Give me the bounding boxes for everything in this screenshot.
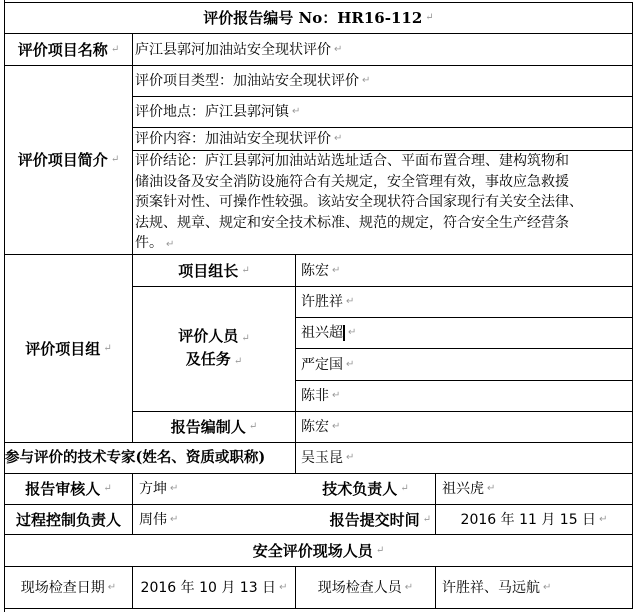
value-text: 陈宏 xyxy=(301,262,329,280)
label-text: 现场检查日期 xyxy=(21,579,105,597)
label-text: 评价项目名称 xyxy=(18,41,108,59)
member-name: 陈非 xyxy=(301,387,329,405)
project-type: 评价项目类型：加油站安全现状评价↵ xyxy=(133,66,632,96)
paragraph-mark-icon: ↵ xyxy=(103,480,111,498)
paragraph-mark-icon: ↵ xyxy=(334,130,342,148)
label-text: 报告提交时间 xyxy=(330,511,420,529)
value-text: 周伟 xyxy=(139,511,167,529)
paragraph-mark-icon: ↵ xyxy=(241,262,249,280)
project-team-label: 评价项目组↵ xyxy=(5,255,132,442)
value-text: 2016 年 11 月 15 日 xyxy=(461,511,597,529)
text-cursor xyxy=(343,325,345,341)
value-text: 评价内容：加油站安全现状评价 xyxy=(135,130,331,148)
conclusion-line: 法规、规章、规定和安全技术标准、规范的规定，符合安全生产经营条 xyxy=(135,213,569,234)
paragraph-mark-icon: ↵ xyxy=(346,449,354,467)
reviewer-label: 报告审核人↵ xyxy=(5,474,132,504)
author-value: 陈宏↵ xyxy=(296,412,632,442)
value-text: 方坤 xyxy=(139,480,167,498)
paragraph-mark-icon: ↵ xyxy=(279,579,287,597)
reviewer-value: 方坤↵ xyxy=(133,474,295,504)
paragraph-mark-icon: ↵ xyxy=(332,387,340,405)
conclusion-line: 预案针对性、可操作性较强。该站安全现状符合国家现行有关安全法律、 xyxy=(135,192,583,213)
tech-lead-label: 技术负责人↵ xyxy=(296,474,435,504)
experts-value: 吴玉昆↵ xyxy=(296,443,632,473)
project-name-value: 庐江县郭河加油站安全现状评价↵ xyxy=(133,34,632,65)
paragraph-mark-icon: ↵ xyxy=(423,511,431,529)
paragraph-mark-icon: ↵ xyxy=(332,418,340,436)
experts-label: 参与评价的技术专家(姓名、资质或职称) xyxy=(5,443,295,473)
label-text: 评价项目简介 xyxy=(18,151,108,169)
label-text: 过程控制负责人 xyxy=(16,511,121,529)
label-text: 评价项目组 xyxy=(25,340,100,358)
site-section-title: 安全评价现场人员↵ xyxy=(5,535,632,566)
paragraph-mark-icon: ↵ xyxy=(405,579,413,597)
project-name-label: 评价项目名称↵ xyxy=(5,34,132,65)
paragraph-mark-icon: ↵ xyxy=(599,511,607,529)
label-text: 报告编制人 xyxy=(171,418,246,436)
paragraph-mark-icon: ↵ xyxy=(103,340,111,358)
conclusion-line: 件。↵ xyxy=(135,233,174,254)
site-staff-label: 现场检查人员↵ xyxy=(296,567,435,608)
member-row: 陈非↵ xyxy=(296,381,632,411)
paragraph-mark-icon: ↵ xyxy=(425,9,433,27)
section-title-text: 安全评价现场人员 xyxy=(253,542,373,560)
paragraph-mark-icon: ↵ xyxy=(111,41,119,59)
project-intro-label: 评价项目简介↵ xyxy=(5,66,132,254)
site-staff-value: 许胜祥、马远航↵ xyxy=(436,567,632,608)
paragraph-mark-icon: ↵ xyxy=(346,293,354,311)
submit-time-value: 2016 年 11 月 15 日↵ xyxy=(436,505,632,534)
project-location: 评价地点：庐江县郭河镇↵ xyxy=(133,97,632,127)
project-content: 评价内容：加油站安全现状评价↵ xyxy=(133,128,632,150)
paragraph-mark-icon: ↵ xyxy=(292,103,300,121)
members-label-line2: 及任务↵ xyxy=(186,349,242,372)
paragraph-mark-icon: ↵ xyxy=(249,418,257,436)
member-row: 祖兴超↵ xyxy=(296,318,632,348)
paragraph-mark-icon: ↵ xyxy=(376,542,384,560)
paragraph-mark-icon: ↵ xyxy=(241,333,249,344)
member-row: 许胜祥↵ xyxy=(296,287,632,317)
label-text: 项目组长 xyxy=(178,262,238,280)
process-lead-label: 过程控制负责人 xyxy=(5,505,132,534)
member-row: 严定国↵ xyxy=(296,349,632,380)
label-text: 及任务 xyxy=(186,350,231,368)
value-text: 评价地点：庐江县郭河镇 xyxy=(135,103,289,121)
member-name: 祖兴超 xyxy=(301,324,343,342)
project-conclusion: 评价结论：庐江县郭河加油站站选址适合、平面布置合理、建构筑物和 储油设备及安全消… xyxy=(133,151,632,254)
members-label: 评价人员↵ 及任务↵ xyxy=(133,287,295,411)
value-text: 庐江县郭河加油站安全现状评价 xyxy=(135,41,331,59)
paragraph-mark-icon: ↵ xyxy=(108,579,116,597)
value-text: 陈宏 xyxy=(301,418,329,436)
site-date-value: 2016 年 10 月 13 日↵ xyxy=(133,567,295,608)
paragraph-mark-icon: ↵ xyxy=(170,480,178,498)
site-date-label: 现场检查日期↵ xyxy=(5,567,132,608)
value-text: 吴玉昆 xyxy=(301,449,343,467)
report-number-text: 评价报告编号 No：HR16-112 xyxy=(203,9,422,27)
paragraph-mark-icon: ↵ xyxy=(170,511,178,529)
paragraph-mark-icon: ↵ xyxy=(346,356,354,374)
value-text: 祖兴虎 xyxy=(442,480,484,498)
value-text: 评价项目类型：加油站安全现状评价 xyxy=(135,72,359,90)
conclusion-end: 件。 xyxy=(135,235,163,251)
conclusion-line: 储油设备及安全消防设施符合有关规定，安全管理有效，事故应急救援 xyxy=(135,172,569,193)
report-number-title: 评价报告编号 No：HR16-112↵ xyxy=(5,3,632,33)
member-name: 严定国 xyxy=(301,356,343,374)
value-text: 2016 年 10 月 13 日 xyxy=(141,579,277,597)
paragraph-mark-icon: ↵ xyxy=(111,151,119,169)
members-label-line1: 评价人员↵ xyxy=(178,326,249,349)
process-lead-value: 周伟↵ xyxy=(133,505,295,534)
paragraph-mark-icon: ↵ xyxy=(487,480,495,498)
leader-value: 陈宏↵ xyxy=(296,255,632,286)
paragraph-mark-icon: ↵ xyxy=(334,41,342,59)
paragraph-mark-icon: ↵ xyxy=(332,262,340,280)
paragraph-mark-icon: ↵ xyxy=(234,356,242,367)
submit-time-label: 报告提交时间↵ xyxy=(296,505,435,534)
paragraph-mark-icon: ↵ xyxy=(400,480,408,498)
paragraph-mark-icon: ↵ xyxy=(362,72,370,90)
label-text: 评价人员 xyxy=(178,327,238,345)
tech-lead-value: 祖兴虎↵ xyxy=(436,474,632,504)
member-name: 许胜祥 xyxy=(301,293,343,311)
conclusion-line: 评价结论：庐江县郭河加油站站选址适合、平面布置合理、建构筑物和 xyxy=(135,151,569,172)
label-text: 技术负责人 xyxy=(322,480,397,498)
paragraph-mark-icon: ↵ xyxy=(543,579,551,597)
value-text: 许胜祥、马远航 xyxy=(442,579,540,597)
leader-label: 项目组长↵ xyxy=(133,255,295,286)
paragraph-mark-icon: ↵ xyxy=(348,324,356,342)
paragraph-mark-icon: ↵ xyxy=(166,239,174,250)
label-text: 报告审核人 xyxy=(25,480,100,498)
label-text: 参与评价的技术专家(姓名、资质或职称) xyxy=(5,449,265,467)
label-text: 现场检查人员 xyxy=(318,579,402,597)
author-label: 报告编制人↵ xyxy=(133,412,295,442)
